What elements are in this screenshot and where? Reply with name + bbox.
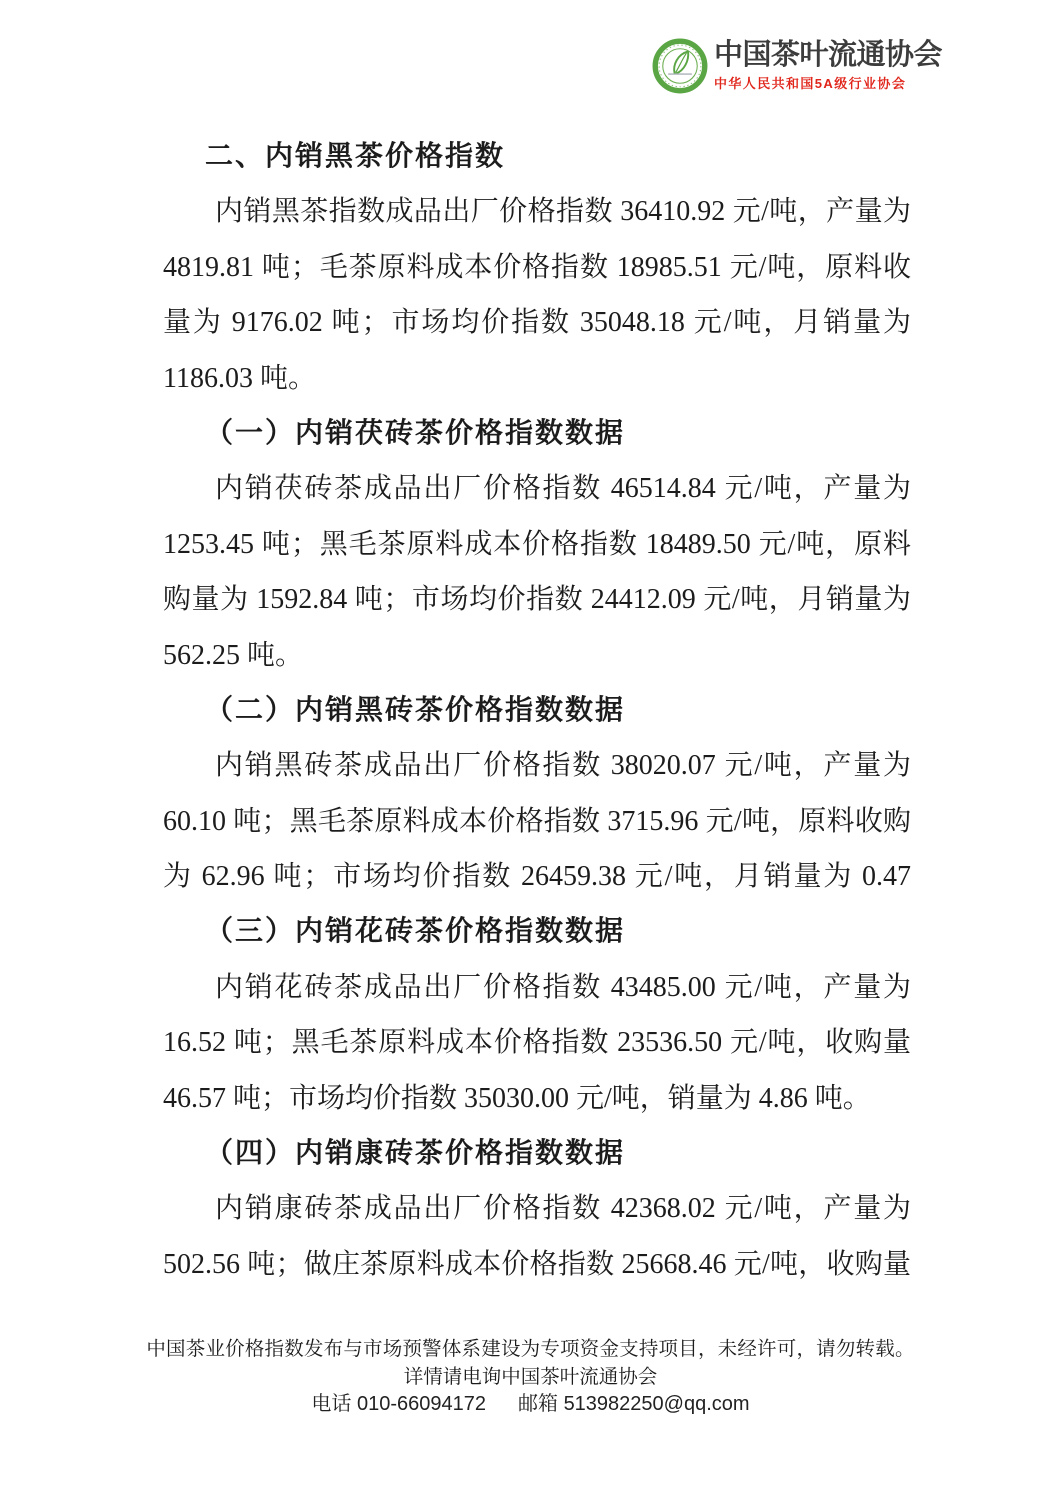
price-index-section: （四）内销康砖茶价格指数数据内销康砖茶成品出厂价格指数 42368.02 元/吨… xyxy=(163,1126,911,1292)
document-body: 二、内销黑茶价格指数内销黑茶指数成品出厂价格指数 36410.92 元/吨，产量… xyxy=(163,129,911,1292)
email-address: 513982250@qq.com xyxy=(564,1393,750,1415)
price-index-section: （一）内销茯砖茶价格指数数据内销茯砖茶成品出厂价格指数 46514.84 元/吨… xyxy=(163,406,911,683)
footer-phone: 电话 010-66094172 xyxy=(311,1391,486,1419)
section-heading: （四）内销康砖茶价格指数数据 xyxy=(163,1126,911,1181)
paragraph-line: 为 62.96 吨；市场均价指数 26459.38 元/吨，月销量为 0.47 … xyxy=(163,849,911,904)
price-index-section: 二、内销黑茶价格指数内销黑茶指数成品出厂价格指数 36410.92 元/吨，产量… xyxy=(163,129,911,406)
paragraph-line: 购量为 1592.84 吨；市场均价指数 24412.09 元/吨，月销量为 xyxy=(163,572,911,627)
association-logo: 中国茶叶流通协会 中华人民共和国5A级行业协会 xyxy=(652,38,942,94)
paragraph-line: 60.10 吨；黑毛茶原料成本价格指数 3715.96 元/吨，原料收购量 xyxy=(163,794,911,849)
tea-leaf-emblem-icon xyxy=(652,38,708,94)
document-page: 中国茶叶流通协会 中华人民共和国5A级行业协会 二、内销黑茶价格指数内销黑茶指数… xyxy=(0,0,1061,1500)
price-index-section: （三）内销花砖茶价格指数数据内销花砖茶成品出厂价格指数 43485.00 元/吨… xyxy=(163,904,911,1126)
logo-text: 中国茶叶流通协会 中华人民共和国5A级行业协会 xyxy=(714,38,942,92)
footer-notice: 中国茶业价格指数发布与市场预警体系建设为专项资金支持项目，未经许可，请勿转载。 xyxy=(0,1336,1061,1364)
paragraph-line: 502.56 吨；做庄茶原料成本价格指数 25668.46 元/吨，收购量为 xyxy=(163,1237,911,1292)
paragraph-line: 量为 9176.02 吨；市场均价指数 35048.18 元/吨，月销量为 xyxy=(163,295,911,350)
paragraph-line: 562.25 吨。 xyxy=(163,628,911,683)
email-label: 邮箱 xyxy=(518,1393,558,1415)
footer-email: 邮箱 513982250@qq.com xyxy=(518,1391,750,1419)
footer: 中国茶业价格指数发布与市场预警体系建设为专项资金支持项目，未经许可，请勿转载。 … xyxy=(0,1336,1061,1419)
paragraph-line: 16.52 吨；黑毛茶原料成本价格指数 23536.50 元/吨，收购量为 xyxy=(163,1015,911,1070)
paragraph-line: 1186.03 吨。 xyxy=(163,351,911,406)
paragraph-line: 内销茯砖茶成品出厂价格指数 46514.84 元/吨，产量为 xyxy=(163,461,911,516)
section-heading: （二）内销黑砖茶价格指数数据 xyxy=(163,683,911,738)
footer-contact: 详情请电询中国茶叶流通协会 xyxy=(0,1364,1061,1392)
paragraph-line: 内销花砖茶成品出厂价格指数 43485.00 元/吨，产量为 xyxy=(163,960,911,1015)
section-heading: （一）内销茯砖茶价格指数数据 xyxy=(163,406,911,461)
org-name: 中国茶叶流通协会 xyxy=(714,40,942,70)
phone-number: 010-66094172 xyxy=(357,1393,486,1415)
section-heading: （三）内销花砖茶价格指数数据 xyxy=(163,904,911,959)
paragraph-line: 内销黑砖茶成品出厂价格指数 38020.07 元/吨，产量为 xyxy=(163,738,911,793)
phone-label: 电话 xyxy=(311,1393,351,1415)
paragraph-line: 内销黑茶指数成品出厂价格指数 36410.92 元/吨，产量为 xyxy=(163,184,911,239)
price-index-section: （二）内销黑砖茶价格指数数据内销黑砖茶成品出厂价格指数 38020.07 元/吨… xyxy=(163,683,911,905)
footer-phone-email: 电话 010-66094172 邮箱 513982250@qq.com xyxy=(0,1391,1061,1419)
section-heading: 二、内销黑茶价格指数 xyxy=(163,129,911,184)
paragraph-line: 46.57 吨；市场均价指数 35030.00 元/吨，销量为 4.86 吨。 xyxy=(163,1071,911,1126)
paragraph-line: 1253.45 吨；黑毛茶原料成本价格指数 18489.50 元/吨，原料收 xyxy=(163,517,911,572)
org-subtitle: 中华人民共和国5A级行业协会 xyxy=(714,73,942,92)
paragraph-line: 4819.81 吨；毛茶原料成本价格指数 18985.51 元/吨，原料收购 xyxy=(163,240,911,295)
paragraph-line: 内销康砖茶成品出厂价格指数 42368.02 元/吨，产量为 xyxy=(163,1181,911,1236)
